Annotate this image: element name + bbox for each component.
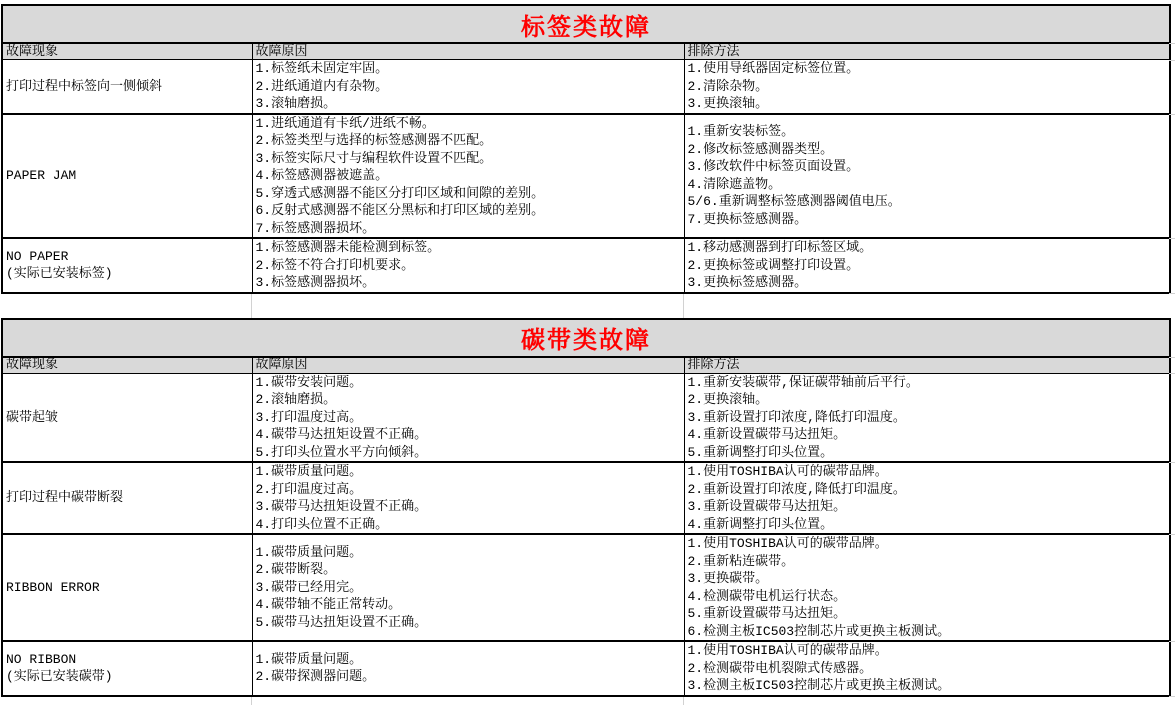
cause-line: 5.碳带马达扭矩设置不正确。 (256, 614, 681, 632)
remedy-line: 4.检测碳带电机运行状态。 (688, 588, 1167, 606)
cause-line: 1.进纸通道有卡纸/进纸不畅。 (256, 115, 681, 133)
remedy-line: 2.修改标签感测器类型。 (688, 141, 1167, 159)
phenomenon-line: PAPER JAM (6, 167, 249, 185)
phenomenon-line: (实际已安装标签) (6, 265, 249, 283)
remedy-line: 4.重新设置碳带马达扭矩。 (688, 426, 1167, 444)
remedy-line: 3.修改软件中标签页面设置。 (688, 158, 1167, 176)
remedy-line: 3.检测主板IC503控制芯片或更换主板测试。 (688, 677, 1167, 695)
table-gap (1, 697, 1169, 705)
phenomenon-line: 打印过程中标签向一侧倾斜 (6, 78, 249, 96)
fault-row: NO RIBBON(实际已安装碳带)1.碳带质量问题。2.碳带探测器问题。1.使… (2, 641, 1170, 696)
remedy-line: 3.更换标签感测器。 (688, 274, 1167, 292)
worksheet: 标签类故障故障现象故障原因排除方法打印过程中标签向一侧倾斜1.标签纸未固定牢固。… (0, 0, 1175, 705)
cause-line: 7.标签感测器损坏。 (256, 220, 681, 238)
column-header-cause[interactable]: 故障原因 (252, 357, 684, 374)
cause-line: 1.标签纸未固定牢固。 (256, 60, 681, 78)
remedy-line: 3.更换滚轴。 (688, 95, 1167, 113)
cause-line: 3.滚轴磨损。 (256, 95, 681, 113)
fault-row: NO PAPER(实际已安装标签)1.标签感测器未能检测到标签。2.标签不符合打… (2, 238, 1170, 293)
remedy-cell[interactable]: 1.使用TOSHIBA认可的碳带品牌。2.重新设置打印浓度,降低打印温度。3.重… (684, 462, 1170, 534)
cause-line: 6.反射式感测器不能区分黑标和打印区域的差别。 (256, 202, 681, 220)
remedy-line: 1.重新安装碳带,保证碳带轴前后平行。 (688, 374, 1167, 392)
cause-line: 3.标签实际尺寸与编程软件设置不匹配。 (256, 150, 681, 168)
cause-cell[interactable]: 1.标签纸未固定牢固。2.进纸通道内有杂物。3.滚轴磨损。 (252, 60, 684, 114)
cause-line: 1.碳带安装问题。 (256, 374, 681, 392)
remedy-line: 2.更换标签或调整打印设置。 (688, 257, 1167, 275)
remedy-line: 5/6.重新调整标签感测器阈值电压。 (688, 193, 1167, 211)
remedy-cell[interactable]: 1.使用TOSHIBA认可的碳带品牌。2.检测碳带电机裂隙式传感器。3.检测主板… (684, 641, 1170, 696)
remedy-cell[interactable]: 1.使用TOSHIBA认可的碳带品牌。2.重新粘连碳带。3.更换碳带。4.检测碳… (684, 534, 1170, 641)
cause-cell[interactable]: 1.标签感测器未能检测到标签。2.标签不符合打印机要求。3.标签感测器损坏。 (252, 238, 684, 293)
cause-cell[interactable]: 1.碳带质量问题。2.碳带断裂。3.碳带已经用完。4.碳带轴不能正常转动。5.碳… (252, 534, 684, 641)
cause-line: 2.碳带断裂。 (256, 561, 681, 579)
remedy-line: 6.检测主板IC503控制芯片或更换主板测试。 (688, 623, 1167, 641)
cause-line: 2.标签类型与选择的标签感测器不匹配。 (256, 132, 681, 150)
cause-line: 3.打印温度过高。 (256, 409, 681, 427)
phenomenon-cell[interactable]: PAPER JAM (2, 114, 252, 239)
column-header-phenomenon[interactable]: 故障现象 (2, 357, 252, 374)
remedy-cell[interactable]: 1.重新安装标签。2.修改标签感测器类型。3.修改软件中标签页面设置。4.清除遮… (684, 114, 1170, 239)
phenomenon-line: 打印过程中碳带断裂 (6, 489, 249, 507)
fault-row: RIBBON ERROR1.碳带质量问题。2.碳带断裂。3.碳带已经用完。4.碳… (2, 534, 1170, 641)
phenomenon-cell[interactable]: 打印过程中碳带断裂 (2, 462, 252, 534)
fault-table-0: 标签类故障故障现象故障原因排除方法打印过程中标签向一侧倾斜1.标签纸未固定牢固。… (1, 4, 1171, 294)
phenomenon-line: NO PAPER (6, 248, 249, 266)
cause-line: 2.进纸通道内有杂物。 (256, 78, 681, 96)
column-gridline (683, 697, 684, 705)
column-header-remedy[interactable]: 排除方法 (684, 357, 1170, 374)
remedy-line: 4.清除遮盖物。 (688, 176, 1167, 194)
phenomenon-line: RIBBON ERROR (6, 579, 249, 597)
cause-line: 4.标签感测器被遮盖。 (256, 167, 681, 185)
remedy-line: 1.使用TOSHIBA认可的碳带品牌。 (688, 642, 1167, 660)
remedy-line: 3.更换碳带。 (688, 570, 1167, 588)
remedy-line: 3.重新设置碳带马达扭矩。 (688, 498, 1167, 516)
cause-line: 1.标签感测器未能检测到标签。 (256, 239, 681, 257)
cause-line: 1.碳带质量问题。 (256, 651, 681, 669)
column-gridline (251, 294, 252, 318)
remedy-line: 2.检测碳带电机裂隙式传感器。 (688, 660, 1167, 678)
phenomenon-cell[interactable]: 打印过程中标签向一侧倾斜 (2, 60, 252, 114)
remedy-line: 5.重新设置碳带马达扭矩。 (688, 605, 1167, 623)
phenomenon-cell[interactable]: 碳带起皱 (2, 373, 252, 462)
remedy-line: 4.重新调整打印头位置。 (688, 516, 1167, 534)
cause-cell[interactable]: 1.进纸通道有卡纸/进纸不畅。2.标签类型与选择的标签感测器不匹配。3.标签实际… (252, 114, 684, 239)
phenomenon-line: (实际已安装碳带) (6, 668, 249, 686)
cause-cell[interactable]: 1.碳带质量问题。2.打印温度过高。3.碳带马达扭矩设置不正确。4.打印头位置不… (252, 462, 684, 534)
column-header-phenomenon[interactable]: 故障现象 (2, 43, 252, 60)
phenomenon-cell[interactable]: NO PAPER(实际已安装标签) (2, 238, 252, 293)
cause-line: 2.滚轴磨损。 (256, 391, 681, 409)
cause-line: 2.打印温度过高。 (256, 481, 681, 499)
remedy-line: 1.使用TOSHIBA认可的碳带品牌。 (688, 463, 1167, 481)
table-gap (1, 294, 1169, 318)
remedy-cell[interactable]: 1.重新安装碳带,保证碳带轴前后平行。2.更换滚轴。3.重新设置打印浓度,降低打… (684, 373, 1170, 462)
fault-row: PAPER JAM1.进纸通道有卡纸/进纸不畅。2.标签类型与选择的标签感测器不… (2, 114, 1170, 239)
fault-tables-container: 标签类故障故障现象故障原因排除方法打印过程中标签向一侧倾斜1.标签纸未固定牢固。… (1, 4, 1175, 705)
fault-row: 碳带起皱1.碳带安装问题。2.滚轴磨损。3.打印温度过高。4.碳带马达扭矩设置不… (2, 373, 1170, 462)
fault-row: 打印过程中碳带断裂1.碳带质量问题。2.打印温度过高。3.碳带马达扭矩设置不正确… (2, 462, 1170, 534)
table-title[interactable]: 标签类故障 (2, 5, 1170, 43)
fault-table-1: 碳带类故障故障现象故障原因排除方法碳带起皱1.碳带安装问题。2.滚轴磨损。3.打… (1, 318, 1171, 697)
column-header-cause[interactable]: 故障原因 (252, 43, 684, 60)
cause-line: 4.打印头位置不正确。 (256, 516, 681, 534)
phenomenon-line: NO RIBBON (6, 651, 249, 669)
cause-cell[interactable]: 1.碳带质量问题。2.碳带探测器问题。 (252, 641, 684, 696)
cause-line: 4.碳带轴不能正常转动。 (256, 596, 681, 614)
table-title[interactable]: 碳带类故障 (2, 319, 1170, 357)
remedy-cell[interactable]: 1.移动感测器到打印标签区域。2.更换标签或调整打印设置。3.更换标签感测器。 (684, 238, 1170, 293)
cause-line: 5.穿透式感测器不能区分打印区域和间隙的差别。 (256, 185, 681, 203)
cause-line: 3.碳带已经用完。 (256, 579, 681, 597)
remedy-line: 2.重新设置打印浓度,降低打印温度。 (688, 481, 1167, 499)
cause-line: 3.碳带马达扭矩设置不正确。 (256, 498, 681, 516)
column-gridline (683, 294, 684, 318)
column-gridline (251, 697, 252, 705)
cause-line: 1.碳带质量问题。 (256, 463, 681, 481)
phenomenon-cell[interactable]: NO RIBBON(实际已安装碳带) (2, 641, 252, 696)
remedy-cell[interactable]: 1.使用导纸器固定标签位置。2.清除杂物。3.更换滚轴。 (684, 60, 1170, 114)
remedy-line: 1.移动感测器到打印标签区域。 (688, 239, 1167, 257)
column-header-remedy[interactable]: 排除方法 (684, 43, 1170, 60)
cause-line: 3.标签感测器损坏。 (256, 274, 681, 292)
fault-row: 打印过程中标签向一侧倾斜1.标签纸未固定牢固。2.进纸通道内有杂物。3.滚轴磨损… (2, 60, 1170, 114)
cause-line: 1.碳带质量问题。 (256, 544, 681, 562)
remedy-line: 2.更换滚轴。 (688, 391, 1167, 409)
cause-line: 5.打印头位置水平方向倾斜。 (256, 444, 681, 462)
remedy-line: 2.重新粘连碳带。 (688, 553, 1167, 571)
remedy-line: 1.使用TOSHIBA认可的碳带品牌。 (688, 535, 1167, 553)
remedy-line: 7.更换标签感测器。 (688, 211, 1167, 229)
cause-line: 2.碳带探测器问题。 (256, 668, 681, 686)
cause-line: 4.碳带马达扭矩设置不正确。 (256, 426, 681, 444)
remedy-line: 3.重新设置打印浓度,降低打印温度。 (688, 409, 1167, 427)
cause-line: 2.标签不符合打印机要求。 (256, 257, 681, 275)
cause-cell[interactable]: 1.碳带安装问题。2.滚轴磨损。3.打印温度过高。4.碳带马达扭矩设置不正确。5… (252, 373, 684, 462)
remedy-line: 1.重新安装标签。 (688, 123, 1167, 141)
remedy-line: 2.清除杂物。 (688, 78, 1167, 96)
phenomenon-cell[interactable]: RIBBON ERROR (2, 534, 252, 641)
remedy-line: 1.使用导纸器固定标签位置。 (688, 60, 1167, 78)
remedy-line: 5.重新调整打印头位置。 (688, 444, 1167, 462)
phenomenon-line: 碳带起皱 (6, 409, 249, 427)
